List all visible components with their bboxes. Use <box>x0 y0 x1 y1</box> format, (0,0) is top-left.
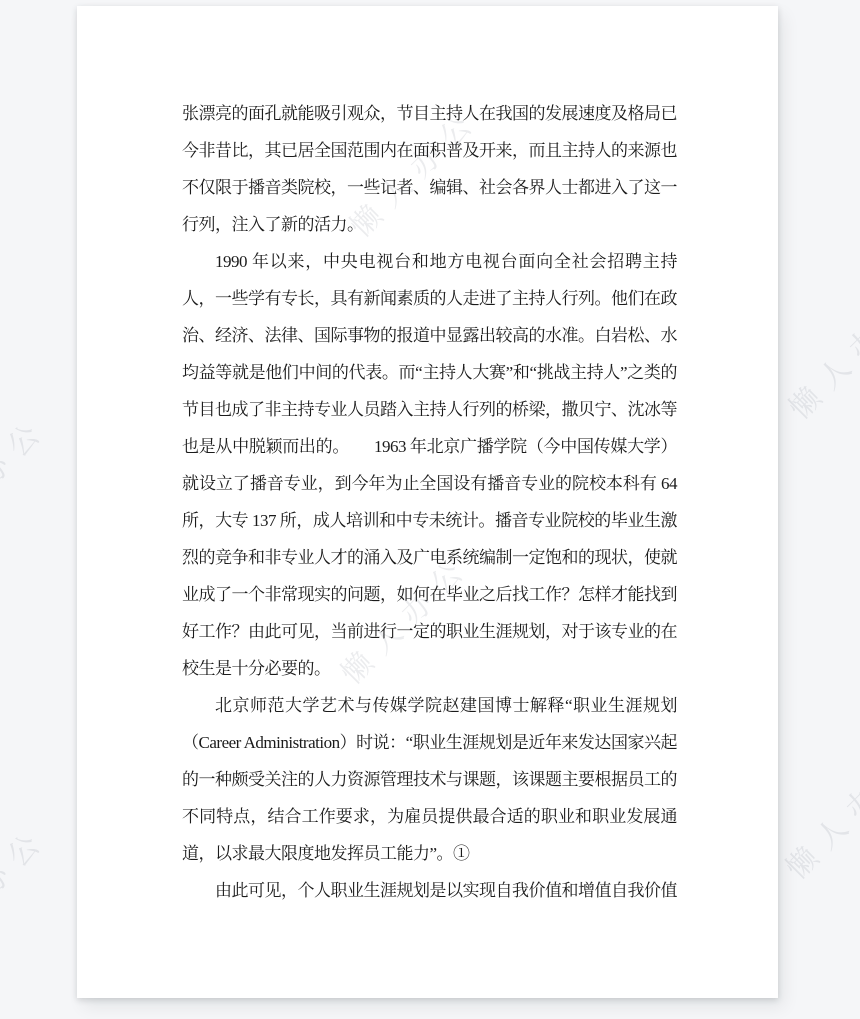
paragraph-4: 由此可见，个人职业生涯规划是以实现自我价值和增值自我价值 <box>182 872 677 909</box>
watermark-text: 懒人办公 <box>0 822 54 962</box>
document-viewer: 张漂亮的面孔就能吸引观众，节目主持人在我国的发展速度及格局已今非昔比，其已居全国… <box>0 0 860 1019</box>
document-page: 张漂亮的面孔就能吸引观众，节目主持人在我国的发展速度及格局已今非昔比，其已居全国… <box>77 6 778 998</box>
paragraph-3: 北京师范大学艺术与传媒学院赵建国博士解释“职业生涯规划（Career Admin… <box>182 687 677 872</box>
watermark-text: 懒人办公 <box>785 285 860 425</box>
paragraph-1: 张漂亮的面孔就能吸引观众，节目主持人在我国的发展速度及格局已今非昔比，其已居全国… <box>182 95 677 243</box>
watermark-text: 懒人办公 <box>782 745 860 885</box>
page-text-block: 张漂亮的面孔就能吸引观众，节目主持人在我国的发展速度及格局已今非昔比，其已居全国… <box>182 95 677 909</box>
paragraph-2: 1990 年以来，中央电视台和地方电视台面向全社会招聘主持人，一些学有专长，具有… <box>182 243 677 687</box>
watermark-text: 懒人办公 <box>0 412 54 552</box>
